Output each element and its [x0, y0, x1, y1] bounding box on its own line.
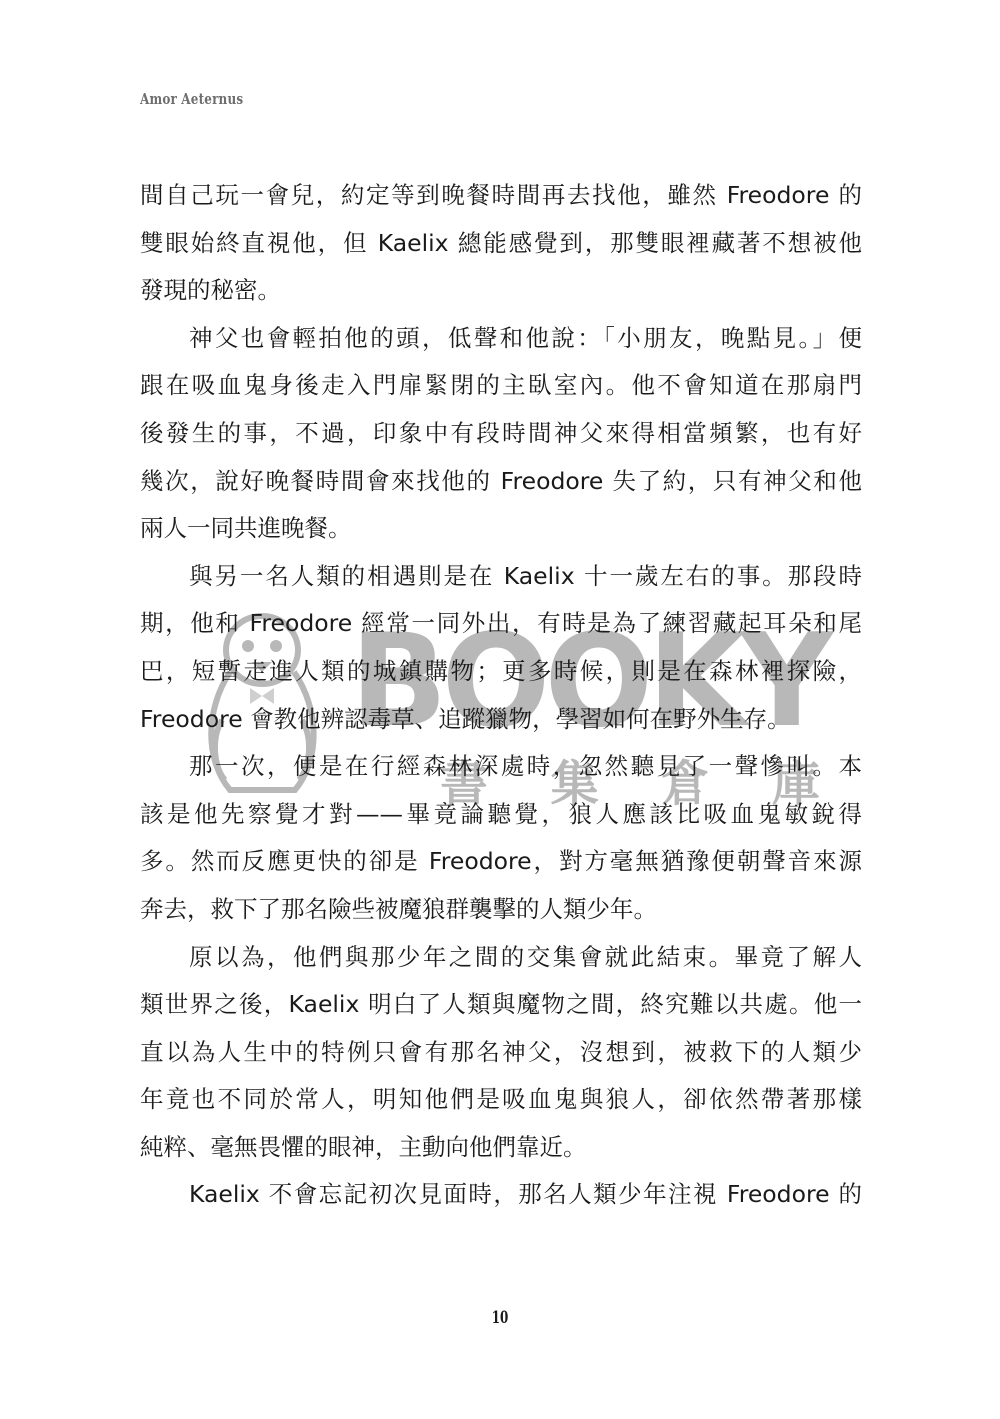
- text-line: Kaelix 不會忘記初次見面時，那名人類少年注視 Freodore 的: [140, 1171, 862, 1219]
- page-number: 10: [150, 1308, 850, 1328]
- body-text: 間自己玩一會兒，約定等到晚餐時間再去找他，雖然 Freodore 的 雙眼始終直…: [140, 172, 862, 1219]
- paragraph: Kaelix 不會忘記初次見面時，那名人類少年注視 Freodore 的: [140, 1171, 862, 1219]
- text-line: 發現的秘密。: [140, 267, 862, 315]
- paragraph: 原以為，他們與那少年之間的交集會就此結束。畢竟了解人 類世界之後，Kaelix …: [140, 934, 862, 1172]
- paragraph: 間自己玩一會兒，約定等到晚餐時間再去找他，雖然 Freodore 的 雙眼始終直…: [140, 172, 862, 315]
- text-line: 後發生的事，不過，印象中有段時間神父來得相當頻繁，也有好: [140, 410, 862, 458]
- text-line: 該是他先察覺才對——畢竟論聽覺，狼人應該比吸血鬼敏銳得: [140, 791, 862, 839]
- text-line: 期，他和 Freodore 經常一同外出，有時是為了練習藏起耳朵和尾: [140, 600, 862, 648]
- text-line: 年竟也不同於常人，明知他們是吸血鬼與狼人，卻依然帶著那樣: [140, 1076, 862, 1124]
- text-line: 與另一名人類的相遇則是在 Kaelix 十一歲左右的事。那段時: [140, 553, 862, 601]
- text-line: 直以為人生中的特例只會有那名神父，沒想到，被救下的人類少: [140, 1029, 862, 1077]
- paragraph: 神父也會輕拍他的頭，低聲和他說：「小朋友，晚點見。」便 跟在吸血鬼身後走入門扉緊…: [140, 315, 862, 553]
- text-line: 純粹、毫無畏懼的眼神，主動向他們靠近。: [140, 1124, 862, 1172]
- text-line: 雙眼始終直視他，但 Kaelix 總能感覺到，那雙眼裡藏著不想被他: [140, 220, 862, 268]
- text-line: 神父也會輕拍他的頭，低聲和他說：「小朋友，晚點見。」便: [140, 315, 862, 363]
- paragraph: 與另一名人類的相遇則是在 Kaelix 十一歲左右的事。那段時 期，他和 Fre…: [140, 553, 862, 743]
- running-header-title: Amor Aeternus: [140, 90, 243, 108]
- text-line: Freodore 會教他辨認毒草、追蹤獵物，學習如何在野外生存。: [140, 696, 862, 744]
- text-line: 原以為，他們與那少年之間的交集會就此結束。畢竟了解人: [140, 934, 862, 982]
- text-line: 巴，短暫走進人類的城鎮購物；更多時候，則是在森林裡探險，: [140, 648, 862, 696]
- text-line: 間自己玩一會兒，約定等到晚餐時間再去找他，雖然 Freodore 的: [140, 172, 862, 220]
- text-line: 奔去，救下了那名險些被魔狼群襲擊的人類少年。: [140, 886, 862, 934]
- text-line: 類世界之後，Kaelix 明白了人類與魔物之間，終究難以共處。他一: [140, 981, 862, 1029]
- text-line: 那一次，便是在行經森林深處時，忽然聽見了一聲慘叫。本: [140, 743, 862, 791]
- text-line: 幾次，說好晚餐時間會來找他的 Freodore 失了約，只有神父和他: [140, 458, 862, 506]
- paragraph: 那一次，便是在行經森林深處時，忽然聽見了一聲慘叫。本 該是他先察覺才對——畢竟論…: [140, 743, 862, 933]
- text-line: 多。然而反應更快的卻是 Freodore，對方毫無猶豫便朝聲音來源: [140, 838, 862, 886]
- text-line: 兩人一同共進晚餐。: [140, 505, 862, 553]
- text-line: 跟在吸血鬼身後走入門扉緊閉的主臥室內。他不會知道在那扇門: [140, 362, 862, 410]
